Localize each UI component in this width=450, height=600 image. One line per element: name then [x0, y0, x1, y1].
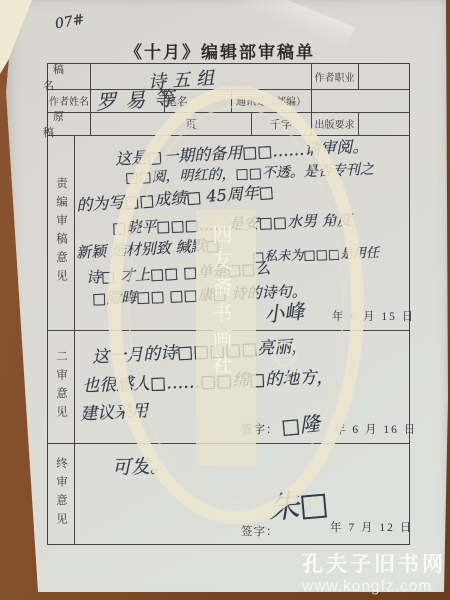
second-review-signature: □隆 [280, 407, 321, 439]
editor-date: 年 6 月 15 日 [332, 308, 415, 324]
table-line [251, 112, 252, 135]
table-line [358, 64, 359, 89]
section-label-editor-opinion: 责编审稿意见 [48, 135, 74, 330]
table-line [48, 330, 409, 331]
original-manuscript-label: 原 稿 [48, 112, 90, 135]
handwriting-line: 可发。 [112, 451, 170, 480]
table-line [311, 89, 312, 112]
sign-label: 签字： [241, 523, 279, 539]
corner-note: 07# [54, 12, 86, 33]
final-review-signature: 朱□ [266, 477, 330, 527]
thousand-chars-unit-label: 千字 [261, 112, 301, 135]
section-label-final-review: 终审意见 [48, 443, 74, 544]
handwriting-line: 建议采用 [79, 396, 148, 425]
form-title: 《十月》编辑部审稿单 [0, 38, 440, 63]
publish-requirement-label: 出版要求 [311, 112, 358, 135]
contact-label: 通讯处（邮编） [231, 89, 311, 112]
pages-unit-label: 页 [176, 112, 206, 135]
editor-signature: 小峰 [263, 295, 306, 328]
author-name-value: 罗易等 [95, 82, 183, 116]
manuscript-name-label: 稿 名 [48, 64, 90, 89]
final-review-date: 年 7 月 12 日 [330, 519, 413, 535]
photo-background: 07# 《十月》编辑部审稿单 稿 [0, 0, 450, 600]
sign-label: 签字： [241, 421, 279, 437]
second-review-date: 年 6 月 16 日 [334, 421, 417, 437]
author-occupation-label: 作者职业 [311, 64, 358, 89]
review-form-paper: 07# 《十月》编辑部审稿单 稿 [0, 0, 450, 600]
table-line [48, 443, 409, 444]
table-line [358, 112, 359, 135]
section-label-second-review: 二审意见 [48, 330, 74, 443]
